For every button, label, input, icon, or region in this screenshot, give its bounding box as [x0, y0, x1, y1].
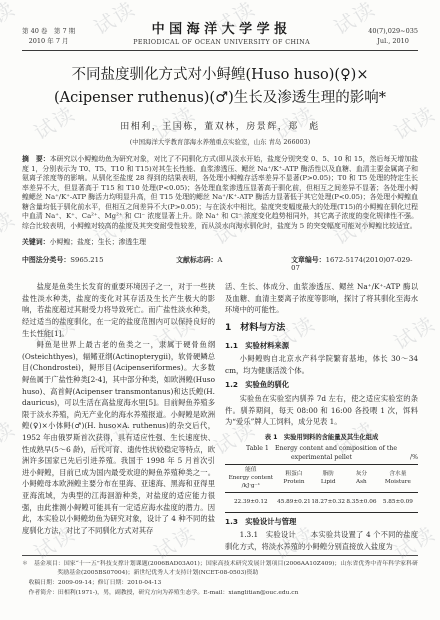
col-protein-en: Protein: [277, 479, 312, 487]
intro-paragraph-1: 盐度是鱼类生长发育的重要环境因子之一，对于一些狭盐性淡水种类，盐度的变化对其存活…: [22, 281, 215, 339]
table-1-unit: /%: [410, 454, 418, 463]
col-lipid-cn: 脂肪: [311, 471, 345, 479]
table-1-caption-en-line2: experimental pellet /%: [225, 454, 418, 463]
article-title-line2: (Acipenser ruthenus)(♂)生长及渗透生理的影响*: [22, 87, 418, 110]
left-column: 盐度是鱼类生长发育的重要环境因子之一，对于一些狭盐性淡水种类，盐度的变化对其存活…: [22, 281, 215, 552]
subsection-heading-design: 1.3 实验设计与管理: [225, 516, 418, 528]
journal-name-cn: 中国海洋大学学报: [133, 18, 310, 37]
article-title: 不同盐度驯化方式对小鲟鳇(Huso huso)(♀)× (Acipenser r…: [22, 64, 418, 110]
col-moisture-cn: 含水量: [378, 471, 418, 479]
col-ash-en: Ash: [345, 479, 378, 487]
footnote: ＊ 基金项目：国家“十一五”科技支撑计划课题(2006BAD03A01)；国家高…: [22, 555, 418, 598]
issue-pages: 40(7),029~035: [368, 27, 418, 37]
issue-date-en: Jul., 2010: [368, 37, 418, 47]
keywords-line: 关键词：小鲟鳇；盐度；生长；渗透生理: [22, 238, 418, 248]
abstract: 摘 要：本研究以小鲟鳇幼鱼为研究对象，对比了不同驯化方式(即从淡水开始，盐度分别…: [22, 155, 418, 231]
issue-pages-block: 40(7),029~035 Jul., 2010: [368, 27, 418, 46]
document-code-value: A: [217, 256, 222, 264]
value-protein: 45.89±0.21: [277, 493, 312, 513]
abstract-label: 摘 要：: [22, 155, 50, 163]
body-columns: 盐度是鱼类生长发育的重要环境因子之一，对于一些狭盐性淡水种类，盐度的变化对其存活…: [22, 281, 418, 552]
paper-page: 第 40 卷 第 7 期 2010 年 7 月 中国海洋大学学报 PERIODI…: [0, 0, 440, 620]
keywords-text: 小鲟鳇；盐度；生长；渗透生理: [50, 238, 146, 246]
affiliation: (中国海洋大学教育部海水养殖重点实验室，山东 青岛 266003): [22, 137, 418, 146]
page-content: 第 40 卷 第 7 期 2010 年 7 月 中国海洋大学学报 PERIODI…: [0, 0, 440, 553]
col-lipid-en: Lipid: [311, 479, 345, 487]
table-1-caption-en: Table 1 Energy content and composition o…: [225, 445, 418, 454]
table-1-caption-cn: 表 1 实验用饲料的含能量及其生化组成: [225, 432, 418, 444]
article-number: 文章编号：1672-5174(2010)07-029-07: [291, 254, 418, 272]
intro-paragraph-continued: 活、生长、体成分、血浆渗透压、鳃丝 Na⁺/K⁺-ATP 酶以及血糖、血清主要离…: [225, 281, 418, 316]
table-1: 能值 Energy content /kJ·g⁻¹ 粗蛋白 Protein 脂肪: [225, 464, 418, 512]
col-energy-unit: /kJ·g⁻¹: [225, 483, 277, 491]
article-title-line1: 不同盐度驯化方式对小鲟鳇(Huso huso)(♀)×: [22, 64, 418, 87]
subsection-heading-materials: 1.1 实验材料来源: [225, 340, 418, 352]
article-number-label: 文章编号：: [291, 256, 325, 264]
table-1-header: 能值 Energy content /kJ·g⁻¹ 粗蛋白 Protein 脂肪: [225, 465, 418, 493]
value-moisture: 5.85±0.09: [378, 493, 418, 513]
author-bio: 作者简介：田相利(1971-)，男，副教授，研究方向为养殖生态学。E-mail：…: [22, 589, 418, 598]
col-moisture-en: Moisture: [378, 479, 418, 487]
subsection-heading-acclimation: 1.2 实验鱼的驯化: [225, 379, 418, 391]
volume-issue-block: 第 40 卷 第 7 期 2010 年 7 月: [22, 27, 75, 46]
received-dates: 收稿日期：2009-09-14；修订日期：2010-04-13: [22, 579, 418, 588]
value-energy: 22.39±0.12: [225, 493, 277, 513]
col-energy-cn: 能值: [225, 467, 277, 475]
right-column: 活、生长、体成分、血浆渗透压、鳃丝 Na⁺/K⁺-ATP 酶以及血糖、血清主要离…: [225, 281, 418, 552]
col-energy-en: Energy content: [225, 475, 277, 483]
classification-line: 中图法分类号：S965.215 文献标志码：A 文章编号：1672-5174(2…: [22, 254, 418, 272]
clc-value: S965.215: [70, 256, 103, 264]
issue-date-cn: 2010 年 7 月: [22, 37, 75, 47]
table-1-col-lipid: 脂肪 Lipid: [311, 465, 345, 493]
value-lipid: 18.27±0.32: [311, 493, 345, 513]
table-1-block: 表 1 实验用饲料的含能量及其生化组成 Table 1 Energy conte…: [225, 432, 418, 513]
design-paragraph: 1.3.1 实验设计 本实验共设置了 4 个不同的盐度驯化方式，将淡水养殖的小鲟…: [225, 529, 418, 552]
table-1-col-protein: 粗蛋白 Protein: [277, 465, 312, 493]
document-code-label: 文献标志码：: [176, 256, 217, 264]
journal-name-block: 中国海洋大学学报 PERIODICAL OF OCEAN UNIVERSITY …: [133, 18, 310, 46]
table-1-col-energy: 能值 Energy content /kJ·g⁻¹: [225, 465, 277, 493]
fund-note: ＊ 基金项目：国家“十一五”科技支撑计划课题(2006BAD03A01)；国家高…: [22, 560, 418, 578]
abstract-text: 本研究以小鲟鳇幼鱼为研究对象，对比了不同驯化方式(即从淡水开始，盐度分别突变 0…: [22, 155, 418, 230]
clc-number: 中图法分类号：S965.215: [22, 254, 176, 272]
col-ash-cn: 灰分: [345, 471, 378, 479]
table-1-col-moisture: 含水量 Moisture: [378, 465, 418, 493]
table-1-caption-en2-text: experimental pellet: [291, 454, 352, 461]
materials-paragraph: 小鲟鳇购自北京水产科学院繁育基地，体长 30～34 cm，均为健康活泼个体。: [225, 353, 418, 376]
journal-header: 第 40 卷 第 7 期 2010 年 7 月 中国海洋大学学报 PERIODI…: [22, 18, 418, 51]
authors-line: 田相利，王国栋，董双林，房景辉，郑 彪: [22, 119, 418, 132]
table-row: 22.39±0.12 45.89±0.21 18.27±0.32 8.35±0.…: [225, 493, 418, 513]
clc-label: 中图法分类号：: [22, 256, 70, 264]
document-code: 文献标志码：A: [176, 254, 291, 272]
keywords-label: 关键词：: [22, 238, 50, 246]
section-heading-methods: 1 材料与方法: [225, 323, 418, 335]
journal-name-en: PERIODICAL OF OCEAN UNIVERSITY OF CHINA: [133, 39, 310, 46]
col-protein-cn: 粗蛋白: [277, 471, 312, 479]
volume-issue: 第 40 卷 第 7 期: [22, 27, 75, 37]
table-1-col-ash: 灰分 Ash: [345, 465, 378, 493]
intro-paragraph-2: 鲟鱼是世界上最古老的鱼类之一，隶属于硬骨鱼纲(Osteichthyes)，辐鳍亚…: [22, 339, 215, 536]
value-ash: 8.35±0.06: [345, 493, 378, 513]
acclimation-paragraph: 实验鱼在实验室内驯养 7d 左右，使之适应实验室的条件。驯养期间，每天 08:0…: [225, 393, 418, 428]
